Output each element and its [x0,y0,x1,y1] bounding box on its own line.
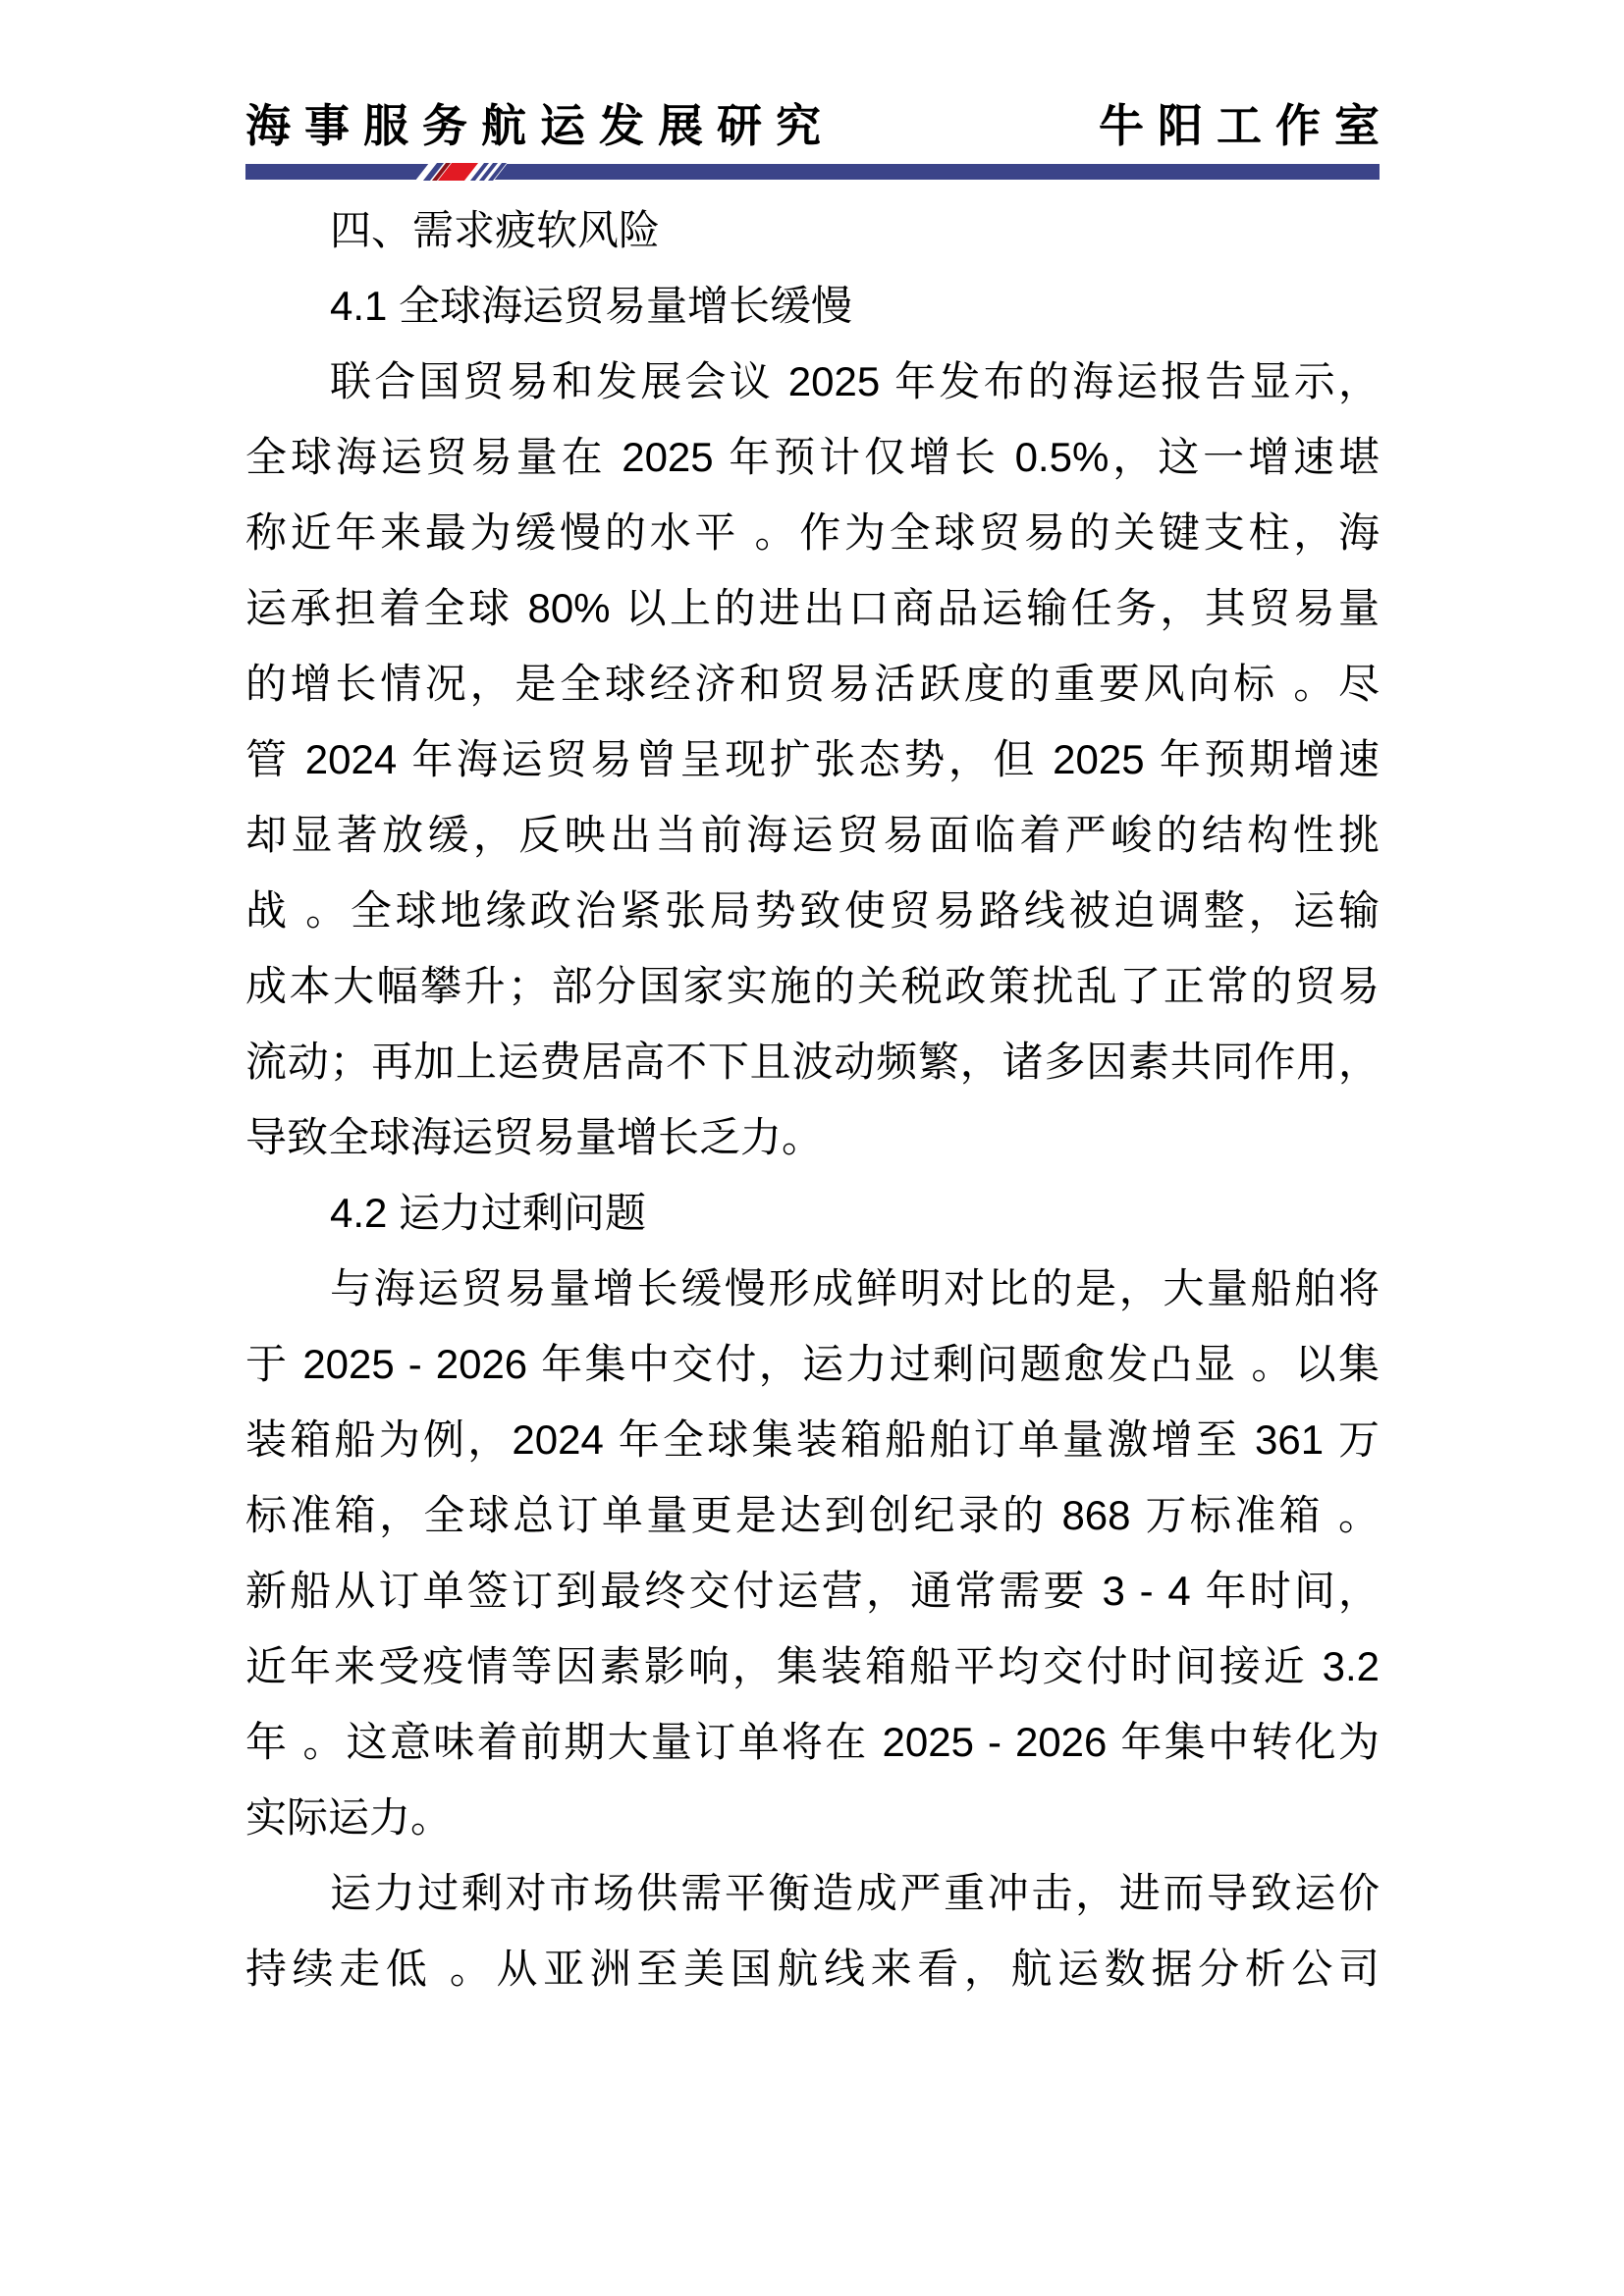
body-line: 却显著放缓，反映出当前海运贸易面临着严峻的结构性挑 [245,797,1380,873]
body-line: 全球海运贸易量在 2025 年预计仅增长 0.5%，这一增速堪 [245,419,1380,495]
body-line: 近年来受疫情等因素影响，集装箱船平均交付时间接近 3.2 [245,1629,1380,1704]
section-heading: 四、需求疲软风险 [245,192,1380,268]
body-line: 新船从订单签订到最终交付运营，通常需要 3 - 4 年时间， [245,1553,1380,1629]
body-line: 管 2024 年海运贸易曾呈现扩张态势，但 2025 年预期增速 [245,721,1380,797]
body-line: 运承担着全球 80% 以上的进出口商品运输任务，其贸易量 [245,570,1380,646]
body-line: 年 。这意味着前期大量订单将在 2025 - 2026 年集中转化为 [245,1704,1380,1780]
document-body: 四、需求疲软风险 4.1 全球海运贸易量增长缓慢 联合国贸易和发展会议 2025… [245,192,1380,2006]
page-header: 海事服务航运发展研究 牛阳工作室 [245,90,1380,155]
subsection-heading-4-1: 4.1 全球海运贸易量增长缓慢 [245,268,1380,344]
header-divider [245,164,1380,180]
header-title-left: 海事服务航运发展研究 [245,90,835,155]
body-line: 持续走低 。从亚洲至美国航线来看，航运数据分析公司 [245,1931,1380,2006]
body-line: 导致全球海运贸易量增长乏力。 [245,1099,1380,1175]
document-page: 海事服务航运发展研究 牛阳工作室 四、需求疲软风险 4.1 全球海运贸易量增长缓… [0,0,1624,2296]
body-line: 实际运力。 [245,1780,1380,1855]
body-line: 流动；再加上运费居高不下且波动频繁，诸多因素共同作用， [245,1024,1380,1099]
body-line: 运力过剩对市场供需平衡造成严重冲击，进而导致运价 [245,1855,1380,1931]
body-line: 与海运贸易量增长缓慢形成鲜明对比的是，大量船舶将 [245,1251,1380,1326]
header-title-right: 牛阳工作室 [1099,90,1393,155]
body-line: 成本大幅攀升；部分国家实施的关税政策扰乱了正常的贸易 [245,948,1380,1024]
divider-navy-bar [245,164,1380,180]
body-line: 的增长情况，是全球经济和贸易活跃度的重要风向标 。尽 [245,646,1380,721]
body-line: 标准箱，全球总订单量更是达到创纪录的 868 万标准箱 。 [245,1477,1380,1553]
subsection-heading-4-2: 4.2 运力过剩问题 [245,1175,1380,1251]
body-line: 于 2025 - 2026 年集中交付，运力过剩问题愈发凸显 。以集 [245,1326,1380,1402]
body-line: 战 。全球地缘政治紧张局势致使贸易路线被迫调整，运输 [245,873,1380,948]
body-line: 联合国贸易和发展会议 2025 年发布的海运报告显示， [245,344,1380,419]
body-line: 装箱船为例，2024 年全球集装箱船舶订单量激增至 361 万 [245,1402,1380,1477]
body-line: 称近年来最为缓慢的水平 。作为全球贸易的关键支柱，海 [245,495,1380,570]
